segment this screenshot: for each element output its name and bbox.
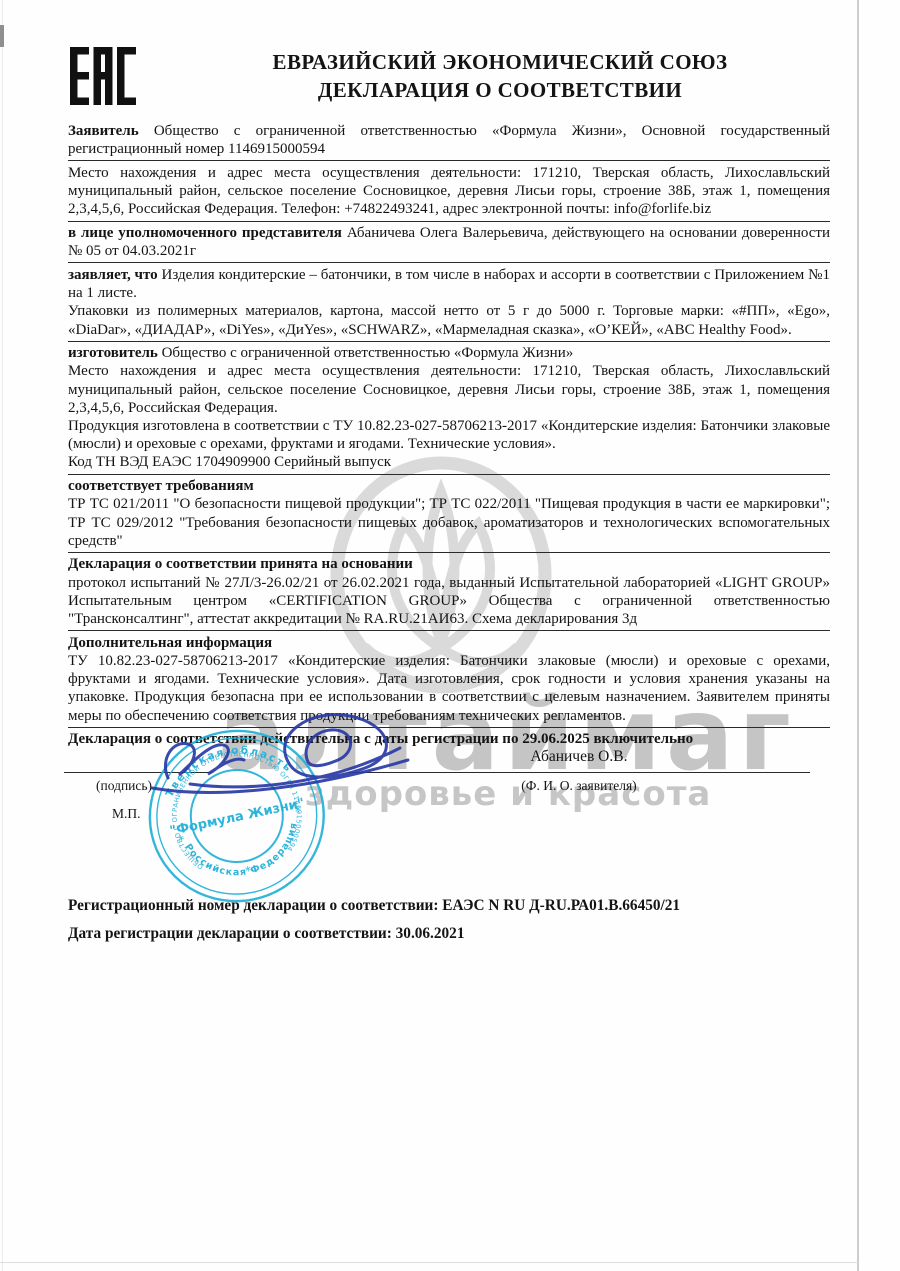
scan-corner-mark (0, 25, 4, 47)
manufacturer-address: Место нахождения и адрес места осуществл… (68, 362, 830, 417)
meets-heading: соответствует требованиям (68, 477, 830, 495)
declaration-document: алтаймаг здоровье и красота ЕВРАЗИЙСКИЙ … (0, 0, 900, 1271)
meets-text: ТР ТС 021/2011 "О безопасности пищевой п… (68, 495, 830, 550)
signer-name: Абаничев О.В. (348, 748, 810, 766)
declares-paragraph-1: заявляет, что Изделия кондитерские – бат… (68, 266, 830, 302)
title-line-union: ЕВРАЗИЙСКИЙ ЭКОНОМИЧЕСКИЙ СОЮЗ (170, 48, 830, 76)
signer-name-caption: (Ф. И. О. заявителя) (348, 778, 810, 794)
representative-label: в лице уполномоченного представителя (68, 225, 342, 241)
applicant-text: Общество с ограниченной ответственностью… (68, 123, 830, 157)
manufacturer-text: Общество с ограниченной ответственностью… (158, 345, 573, 361)
stamp-place-label: М.П. (112, 806, 141, 822)
document-title: ЕВРАЗИЙСКИЙ ЭКОНОМИЧЕСКИЙ СОЮЗ ДЕКЛАРАЦИ… (170, 48, 830, 104)
title-line-declaration: ДЕКЛАРАЦИЯ О СООТВЕТСТВИИ (170, 76, 830, 104)
scan-edge-right (857, 0, 859, 1271)
registration-date-line: Дата регистрации декларации о соответств… (68, 925, 830, 943)
signer-name-line (348, 772, 810, 773)
additional-heading: Дополнительная информация (68, 634, 830, 652)
eac-logo-icon (70, 47, 136, 105)
basis-heading: Декларация о соответствии принята на осн… (68, 555, 830, 573)
manufacturer-label: изготовитель (68, 345, 158, 361)
section-declares: заявляет, что Изделия кондитерские – бат… (68, 266, 830, 342)
manufacturer-code-line: Код ТН ВЭД ЕАЭС 1704909900 Серийный выпу… (68, 453, 830, 471)
section-applicant: Заявитель Общество с ограниченной ответс… (68, 122, 830, 161)
applicant-label: Заявитель (68, 123, 139, 139)
section-applicant-address: Место нахождения и адрес места осуществл… (68, 164, 830, 222)
document-body: Заявитель Общество с ограниченной ответс… (68, 122, 830, 753)
applicant-address-text: Место нахождения и адрес места осуществл… (68, 165, 830, 217)
manufacturer-line: изготовитель Общество с ограниченной отв… (68, 344, 830, 362)
manufacturer-production: Продукция изготовлена в соответствии с Т… (68, 417, 830, 453)
section-manufacturer: изготовитель Общество с ограниченной отв… (68, 344, 830, 474)
declares-paragraph-2: Упаковки из полимерных материалов, карто… (68, 302, 830, 338)
section-representative: в лице уполномоченного представителя Аба… (68, 224, 830, 263)
scan-edge-left (2, 0, 3, 1271)
handwritten-signature (150, 700, 410, 805)
section-basis: Декларация о соответствии принята на осн… (68, 555, 830, 631)
section-meets-requirements: соответствует требованиям ТР ТС 021/2011… (68, 477, 830, 553)
basis-text: протокол испытаний № 27Л/3-26.02/21 от 2… (68, 574, 830, 629)
scan-edge-bottom (0, 1262, 858, 1263)
declares-label: заявляет, что (68, 267, 158, 283)
declares-text: Изделия кондитерские – батончики, в том … (68, 267, 830, 301)
